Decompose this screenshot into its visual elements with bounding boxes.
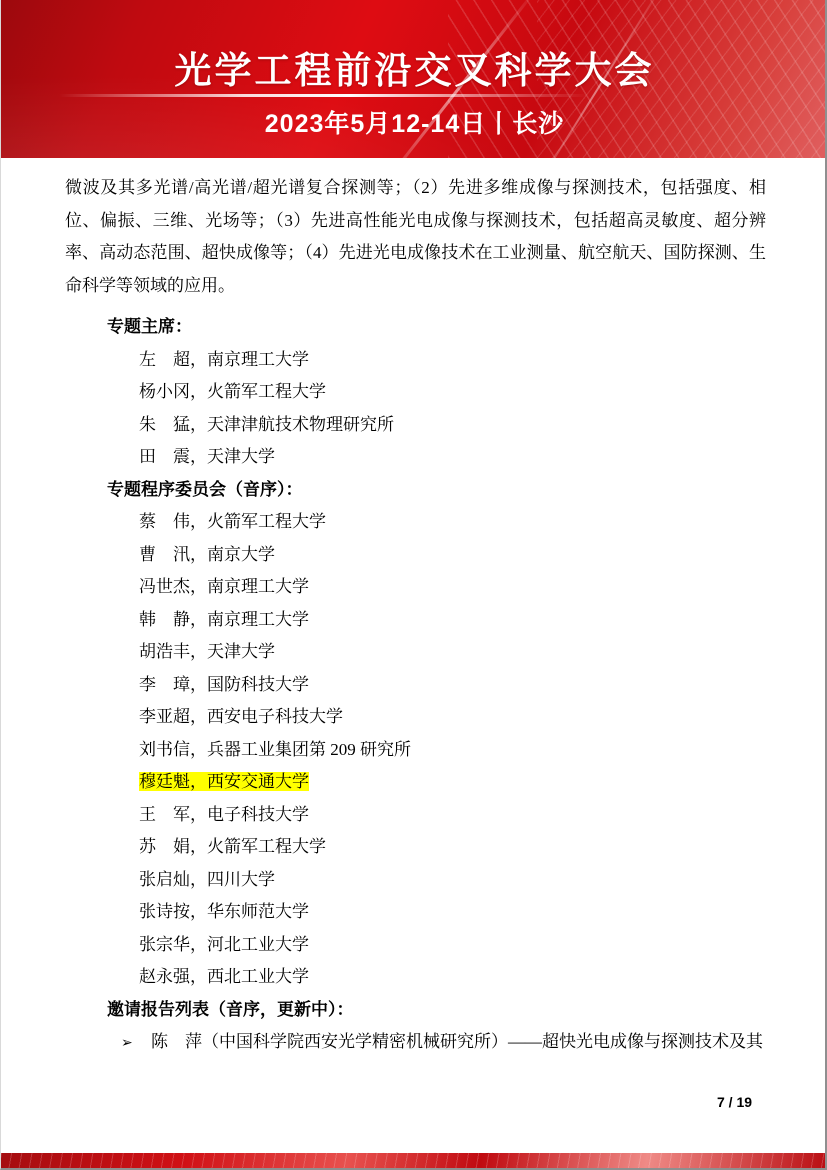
page-number: 7 / 19 xyxy=(717,1094,752,1110)
member-name-highlighted: 穆廷魁，西安交通大学 xyxy=(139,772,309,791)
roster-section: 专题主席： 左 超，南京理工大学 杨小冈，火箭军工程大学 朱 猛，天津津航技术物… xyxy=(1,311,827,1059)
member-name: 张启灿，四川大学 xyxy=(139,870,275,889)
member-name: 刘书信，兵器工业集团第 209 研究所 xyxy=(139,740,411,759)
header-banner: 光学工程前沿交叉科学大会 2023年5月12-14日丨长沙 xyxy=(1,0,827,158)
intro-paragraph: 微波及其多光谱/高光谱/超光谱复合探测等；（2）先进多维成像与探测技术，包括强度… xyxy=(65,172,766,302)
list-item: 胡浩丰，天津大学 xyxy=(1,636,827,669)
member-name: 田 震，天津大学 xyxy=(139,447,275,466)
invited-talk-text: 陈 萍（中国科学院西安光学精密机械研究所）——超快光电成像与探测技术及其 xyxy=(151,1032,763,1051)
committee-heading: 专题程序委员会（音序）： xyxy=(1,474,827,507)
list-item: 曹 汛，南京大学 xyxy=(1,539,827,572)
list-item: 田 震，天津大学 xyxy=(1,441,827,474)
member-name: 韩 静，南京理工大学 xyxy=(139,610,309,629)
list-item: 张诗按，华东师范大学 xyxy=(1,896,827,929)
member-name: 李 璋，国防科技大学 xyxy=(139,675,309,694)
member-name: 冯世杰，南京理工大学 xyxy=(139,577,309,596)
list-item: 张宗华，河北工业大学 xyxy=(1,929,827,962)
member-name: 曹 汛，南京大学 xyxy=(139,545,275,564)
list-item: 王 军，电子科技大学 xyxy=(1,799,827,832)
list-item: 朱 猛，天津津航技术物理研究所 xyxy=(1,409,827,442)
member-name: 赵永强，西北工业大学 xyxy=(139,967,309,986)
list-item: 张启灿，四川大学 xyxy=(1,864,827,897)
list-item: 刘书信，兵器工业集团第 209 研究所 xyxy=(1,734,827,767)
invited-talk-item: ➢陈 萍（中国科学院西安光学精密机械研究所）——超快光电成像与探测技术及其 xyxy=(1,1026,827,1059)
invited-talks-heading: 邀请报告列表（音序，更新中）： xyxy=(1,994,827,1027)
member-name: 苏 娟，火箭军工程大学 xyxy=(139,837,326,856)
list-item: 韩 静，南京理工大学 xyxy=(1,604,827,637)
list-item: 左 超，南京理工大学 xyxy=(1,344,827,377)
list-item: 蔡 伟，火箭军工程大学 xyxy=(1,506,827,539)
member-name: 朱 猛，天津津航技术物理研究所 xyxy=(139,415,394,434)
member-name: 李亚超，西安电子科技大学 xyxy=(139,707,343,726)
banner-flare-line xyxy=(59,94,588,97)
list-item: 苏 娟，火箭军工程大学 xyxy=(1,831,827,864)
list-item: 李 璋，国防科技大学 xyxy=(1,669,827,702)
list-item: 赵永强，西北工业大学 xyxy=(1,961,827,994)
member-name: 张诗按，华东师范大学 xyxy=(139,902,309,921)
list-item-highlighted: 穆廷魁，西安交通大学 xyxy=(1,766,827,799)
member-name: 左 超，南京理工大学 xyxy=(139,350,309,369)
chairs-heading: 专题主席： xyxy=(1,311,827,344)
list-item: 冯世杰，南京理工大学 xyxy=(1,571,827,604)
member-name: 胡浩丰，天津大学 xyxy=(139,642,275,661)
conference-date-location: 2023年5月12-14日丨长沙 xyxy=(1,104,827,140)
conference-title: 光学工程前沿交叉科学大会 xyxy=(1,40,827,94)
member-name: 王 军，电子科技大学 xyxy=(139,805,309,824)
footer-banner xyxy=(1,1153,827,1168)
arrow-bullet-icon: ➢ xyxy=(121,1027,151,1060)
document-page: 光学工程前沿交叉科学大会 2023年5月12-14日丨长沙 微波及其多光谱/高光… xyxy=(0,0,827,1170)
list-item: 李亚超，西安电子科技大学 xyxy=(1,701,827,734)
member-name: 蔡 伟，火箭军工程大学 xyxy=(139,512,326,531)
member-name: 张宗华，河北工业大学 xyxy=(139,935,309,954)
list-item: 杨小冈，火箭军工程大学 xyxy=(1,376,827,409)
member-name: 杨小冈，火箭军工程大学 xyxy=(139,382,326,401)
